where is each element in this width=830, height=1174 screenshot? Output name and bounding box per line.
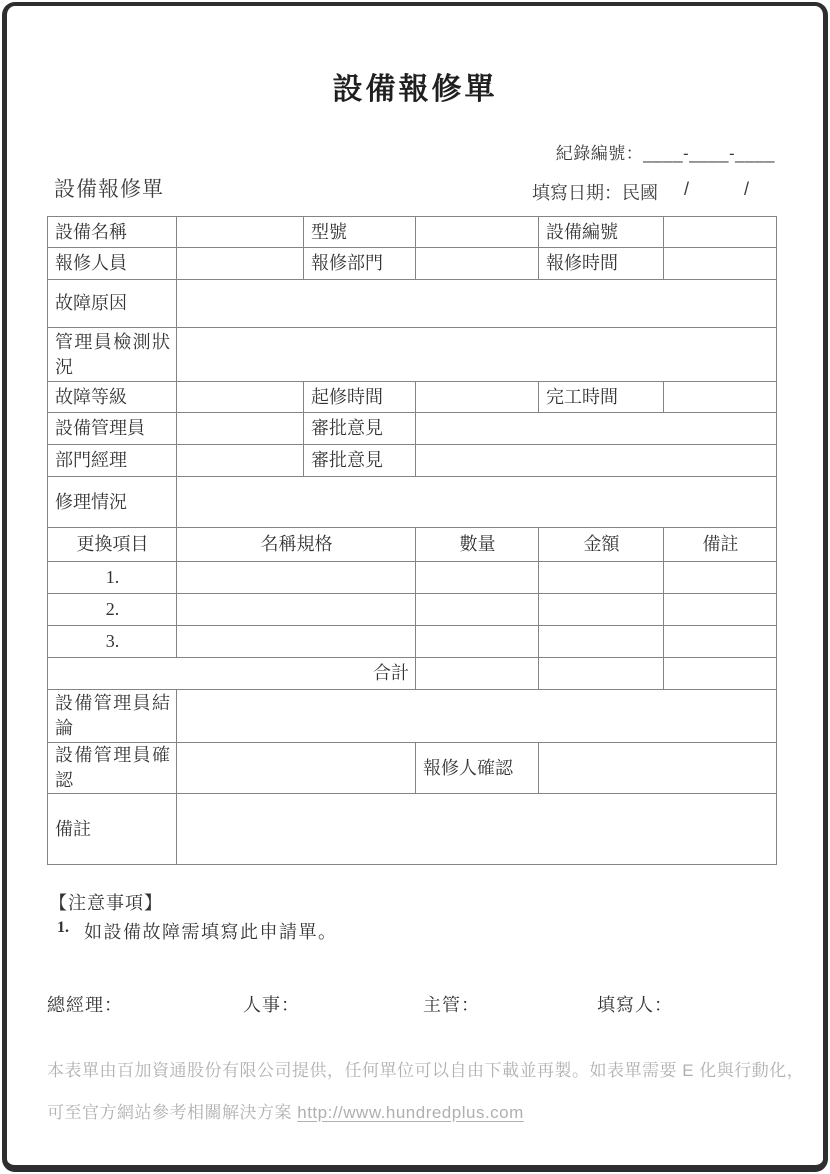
footer-line2: 可至官方網站參考相關解決方案 http://www.hundredplus.co… bbox=[47, 1092, 807, 1134]
date-slash-month: / bbox=[684, 179, 689, 200]
date-slash-day: / bbox=[744, 179, 749, 200]
part-row-2-amount-cell bbox=[539, 594, 664, 626]
signature-filler: 填寫人： bbox=[597, 991, 673, 1017]
parts-header-remark: 備註 bbox=[664, 528, 777, 562]
notes-heading: 【注意事項】 bbox=[49, 889, 163, 915]
admin-confirm-value-cell bbox=[177, 743, 416, 794]
fault-cause-label: 故障原因 bbox=[48, 280, 177, 328]
report-time-label: 報修時間 bbox=[539, 248, 664, 280]
table-row: 報修人員 報修部門 報修時間 bbox=[48, 248, 777, 280]
signature-supervisor: 主管： bbox=[423, 991, 480, 1017]
table-row: 設備名稱 型號 設備編號 bbox=[48, 217, 777, 248]
admin-inspection-value-cell bbox=[177, 328, 777, 382]
approval-opinion-2-value-cell bbox=[416, 445, 777, 477]
total-row: 合計 bbox=[48, 658, 777, 690]
part-row-2-qty-cell bbox=[416, 594, 539, 626]
table-row: 管理員檢測狀況 bbox=[48, 328, 777, 382]
table-row: 修理情況 bbox=[48, 477, 777, 528]
total-qty-cell bbox=[416, 658, 539, 690]
table-row: 故障原因 bbox=[48, 280, 777, 328]
admin-conclusion-label: 設備管理員結論 bbox=[48, 690, 177, 743]
finish-time-label: 完工時間 bbox=[539, 382, 664, 413]
reporter-confirm-value-cell bbox=[539, 743, 777, 794]
parts-header-row: 更換項目 名稱規格 數量 金額 備註 bbox=[48, 528, 777, 562]
finish-time-value-cell bbox=[664, 382, 777, 413]
model-label: 型號 bbox=[304, 217, 416, 248]
parts-header-spec: 名稱規格 bbox=[177, 528, 416, 562]
part-row-3-remark-cell bbox=[664, 626, 777, 658]
reporter-value-cell bbox=[177, 248, 304, 280]
fill-date-label: 填寫日期：民國 bbox=[532, 179, 658, 205]
parts-row: 2. bbox=[48, 594, 777, 626]
device-name-value-cell bbox=[177, 217, 304, 248]
repair-start-time-value-cell bbox=[416, 382, 539, 413]
record-number-line: 紀錄編號：____-____-____ bbox=[556, 139, 775, 164]
table-row: 設備管理員確認 報修人確認 bbox=[48, 743, 777, 794]
repair-start-time-label: 起修時間 bbox=[304, 382, 416, 413]
part-row-1-amount-cell bbox=[539, 562, 664, 594]
parts-row: 1. bbox=[48, 562, 777, 594]
part-row-1-remark-cell bbox=[664, 562, 777, 594]
device-no-label: 設備編號 bbox=[539, 217, 664, 248]
total-amount-cell bbox=[539, 658, 664, 690]
device-name-label: 設備名稱 bbox=[48, 217, 177, 248]
repair-situation-value-cell bbox=[177, 477, 777, 528]
report-time-value-cell bbox=[664, 248, 777, 280]
fault-cause-value-cell bbox=[177, 280, 777, 328]
note-item-text: 如設備故障需填寫此申請單。 bbox=[84, 918, 338, 944]
total-label: 合計 bbox=[48, 658, 416, 690]
device-no-value-cell bbox=[664, 217, 777, 248]
total-remark-cell bbox=[664, 658, 777, 690]
record-number-blank: ____-____-____ bbox=[643, 144, 775, 163]
footer-line2-text: 可至官方網站參考相關解決方案 bbox=[47, 1103, 297, 1122]
admin-inspection-label: 管理員檢測狀況 bbox=[48, 328, 177, 382]
remarks-value-cell bbox=[177, 794, 777, 865]
equipment-admin-label: 設備管理員 bbox=[48, 413, 177, 445]
part-row-1-qty-cell bbox=[416, 562, 539, 594]
model-value-cell bbox=[416, 217, 539, 248]
fault-level-value-cell bbox=[177, 382, 304, 413]
remarks-label: 備註 bbox=[48, 794, 177, 865]
part-row-2-no: 2. bbox=[48, 594, 177, 626]
table-row: 設備管理員 審批意見 bbox=[48, 413, 777, 445]
part-row-1-no: 1. bbox=[48, 562, 177, 594]
parts-row: 3. bbox=[48, 626, 777, 658]
parts-header-item: 更換項目 bbox=[48, 528, 177, 562]
table-row: 設備管理員結論 bbox=[48, 690, 777, 743]
signature-hr: 人事： bbox=[243, 991, 300, 1017]
table-row: 備註 bbox=[48, 794, 777, 865]
repair-situation-label: 修理情況 bbox=[48, 477, 177, 528]
dept-manager-label: 部門經理 bbox=[48, 445, 177, 477]
footer: 本表單由百加資通股份有限公司提供，任何單位可以自由下載並再製。如表單需要 E 化… bbox=[47, 1050, 807, 1134]
part-row-2-remark-cell bbox=[664, 594, 777, 626]
fault-level-label: 故障等級 bbox=[48, 382, 177, 413]
form-name-heading: 設備報修單 bbox=[54, 173, 164, 203]
part-row-2-spec-cell bbox=[177, 594, 416, 626]
part-row-3-no: 3. bbox=[48, 626, 177, 658]
record-number-label: 紀錄編號： bbox=[556, 144, 644, 163]
report-dept-label: 報修部門 bbox=[304, 248, 416, 280]
admin-conclusion-value-cell bbox=[177, 690, 777, 743]
repair-form-table: 設備名稱 型號 設備編號 報修人員 報修部門 報修時間 故障原因 管理員檢測狀況… bbox=[47, 216, 777, 865]
approval-opinion-2-label: 審批意見 bbox=[304, 445, 416, 477]
table-row: 部門經理 審批意見 bbox=[48, 445, 777, 477]
part-row-3-spec-cell bbox=[177, 626, 416, 658]
reporter-label: 報修人員 bbox=[48, 248, 177, 280]
approval-opinion-1-label: 審批意見 bbox=[304, 413, 416, 445]
footer-website-link[interactable]: http://www.hundredplus.com bbox=[297, 1103, 524, 1122]
dept-manager-value-cell bbox=[177, 445, 304, 477]
parts-header-amount: 金額 bbox=[539, 528, 664, 562]
table-row: 故障等級 起修時間 完工時間 bbox=[48, 382, 777, 413]
parts-header-qty: 數量 bbox=[416, 528, 539, 562]
note-item-number: 1. bbox=[57, 919, 69, 937]
equipment-admin-value-cell bbox=[177, 413, 304, 445]
signature-general-manager: 總經理： bbox=[47, 991, 123, 1017]
footer-line1: 本表單由百加資通股份有限公司提供，任何單位可以自由下載並再製。如表單需要 E 化… bbox=[47, 1050, 807, 1092]
part-row-3-amount-cell bbox=[539, 626, 664, 658]
part-row-3-qty-cell bbox=[416, 626, 539, 658]
report-dept-value-cell bbox=[416, 248, 539, 280]
approval-opinion-1-value-cell bbox=[416, 413, 777, 445]
reporter-confirm-label: 報修人確認 bbox=[416, 743, 539, 794]
document-title: 設備報修單 bbox=[0, 64, 830, 108]
admin-confirm-label: 設備管理員確認 bbox=[48, 743, 177, 794]
part-row-1-spec-cell bbox=[177, 562, 416, 594]
